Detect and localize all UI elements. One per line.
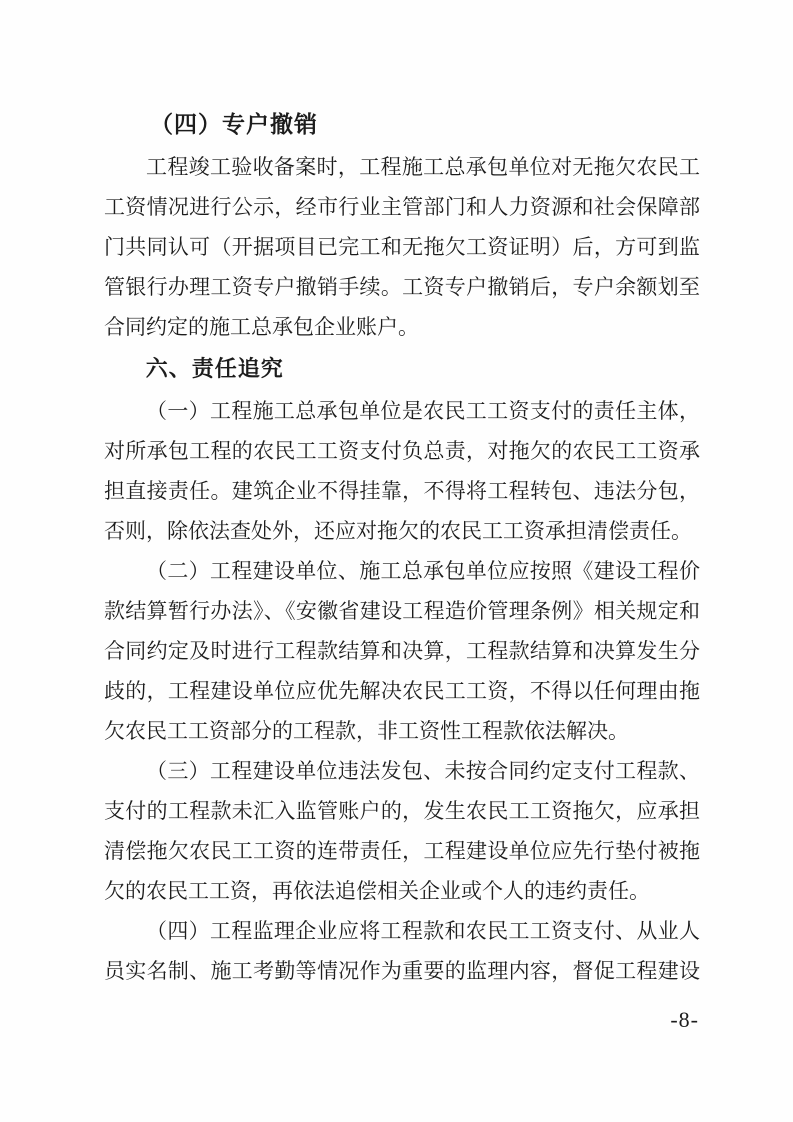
heading-section-4-special-account-cancellation: （四）专户撤销 bbox=[104, 103, 700, 147]
text-line: 支付的工程款未汇入监管账户的，发生农民工工资拖欠，应承担 bbox=[104, 791, 700, 831]
text-line: 门共同认可（开据项目已完工和无拖欠工资证明）后，方可到监 bbox=[104, 227, 700, 267]
document-content: （四）专户撤销工程竣工验收备案时，工程施工总承包单位对无拖欠农民工工资情况进行公… bbox=[104, 103, 700, 991]
paragraph-item-1: （一）工程施工总承包单位是农民工工资支付的责任主体，对所承包工程的农民工工资支付… bbox=[104, 391, 700, 551]
heading-section-6-accountability: 六、责任追究 bbox=[104, 347, 700, 391]
text-line: 清偿拖欠农民工工资的连带责任，工程建设单位应先行垫付被拖 bbox=[104, 831, 700, 871]
text-line: 歧的，工程建设单位应优先解决农民工工资，不得以任何理由拖 bbox=[104, 671, 700, 711]
text-line: 管银行办理工资专户撤销手续。工资专户撤销后，专户余额划至 bbox=[104, 267, 700, 307]
text-line: 对所承包工程的农民工工资支付负总责，对拖欠的农民工工资承 bbox=[104, 431, 700, 471]
text-line: 款结算暂行办法》、《安徽省建设工程造价管理条例》相关规定和 bbox=[104, 591, 700, 631]
text-line: （三）工程建设单位违法发包、未按合同约定支付工程款、 bbox=[104, 751, 700, 791]
text-line: 工程竣工验收备案时，工程施工总承包单位对无拖欠农民工 bbox=[104, 147, 700, 187]
text-line: 否则，除依法查处外，还应对拖欠的农民工工资承担清偿责任。 bbox=[104, 511, 700, 551]
text-line: 担直接责任。建筑企业不得挂靠，不得将工程转包、违法分包， bbox=[104, 471, 700, 511]
paragraph-account-cancellation: 工程竣工验收备案时，工程施工总承包单位对无拖欠农民工工资情况进行公示，经市行业主… bbox=[104, 147, 700, 347]
text-line: 员实名制、施工考勤等情况作为重要的监理内容，督促工程建设 bbox=[104, 951, 700, 991]
page-number: -8- bbox=[670, 1005, 699, 1035]
text-line: （四）工程监理企业应将工程款和农民工工资支付、从业人 bbox=[104, 911, 700, 951]
text-line: （二）工程建设单位、施工总承包单位应按照《建设工程价 bbox=[104, 551, 700, 591]
paragraph-item-3: （三）工程建设单位违法发包、未按合同约定支付工程款、支付的工程款未汇入监管账户的… bbox=[104, 751, 700, 911]
text-line: 欠的农民工工资，再依法追偿相关企业或个人的违约责任。 bbox=[104, 871, 700, 911]
paragraph-item-4: （四）工程监理企业应将工程款和农民工工资支付、从业人员实名制、施工考勤等情况作为… bbox=[104, 911, 700, 991]
text-line: 工资情况进行公示，经市行业主管部门和人力资源和社会保障部 bbox=[104, 187, 700, 227]
text-line: （一）工程施工总承包单位是农民工工资支付的责任主体， bbox=[104, 391, 700, 431]
text-line: 合同约定的施工总承包企业账户。 bbox=[104, 307, 700, 347]
paragraph-item-2: （二）工程建设单位、施工总承包单位应按照《建设工程价款结算暂行办法》、《安徽省建… bbox=[104, 551, 700, 751]
text-line: 欠农民工工资部分的工程款，非工资性工程款依法解决。 bbox=[104, 711, 700, 751]
text-line: 合同约定及时进行工程款结算和决算，工程款结算和决算发生分 bbox=[104, 631, 700, 671]
document-page: （四）专户撤销工程竣工验收备案时，工程施工总承包单位对无拖欠农民工工资情况进行公… bbox=[0, 0, 793, 1122]
